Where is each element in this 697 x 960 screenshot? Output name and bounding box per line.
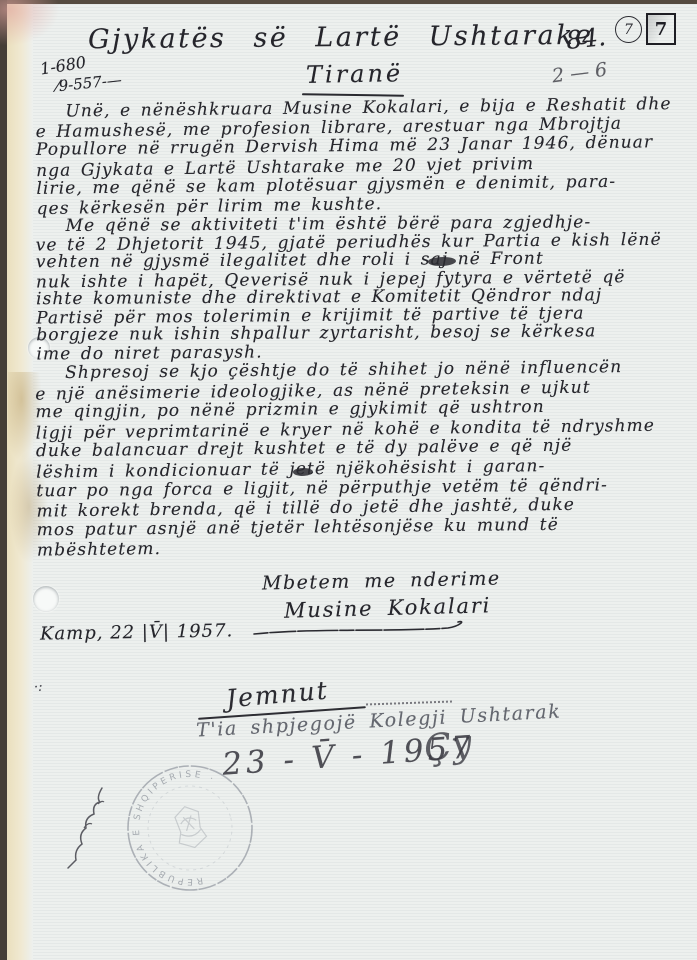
page-number-boxed: 7 <box>646 13 676 45</box>
scan-edge-left <box>0 0 7 960</box>
date-and-place: Kamp, 22 |V̄| 1957. <box>40 620 234 644</box>
city-name: Tiranë <box>306 59 404 89</box>
scanned-letter-page: 84. 7 7 1-680 ⁄9-557-— 2 — 6 Gjykatës së… <box>0 0 697 960</box>
svg-text:REPUBLIKA E SHQIPERISE ·: REPUBLIKA E SHQIPERISE · <box>120 762 242 898</box>
scan-corner-tint <box>0 0 60 46</box>
addressee-title: Gjykatës së Lartë Ushtarake <box>88 20 594 55</box>
paragraph-3: Shpresoj se kjo çështje do të shihet jo … <box>35 357 669 560</box>
left-margin-mark: ·: <box>34 680 43 695</box>
paragraph-1: Unë, e nënëshkruara Musine Kokalari, e b… <box>35 94 668 217</box>
page-number-circled: 7 <box>615 16 642 43</box>
stamp-ring-text: REPUBLIKA E SHQIPERISE · <box>120 762 242 898</box>
signature-flourish-stroke <box>252 618 472 642</box>
annotation-initials: Çy <box>421 723 474 770</box>
scan-edge-top <box>0 0 697 4</box>
hole-punch-bottom <box>33 586 59 612</box>
paragraph-2: Me qënë se aktiviteti t'im është bërë pa… <box>35 212 668 362</box>
side-scrawl-signature <box>62 782 114 872</box>
